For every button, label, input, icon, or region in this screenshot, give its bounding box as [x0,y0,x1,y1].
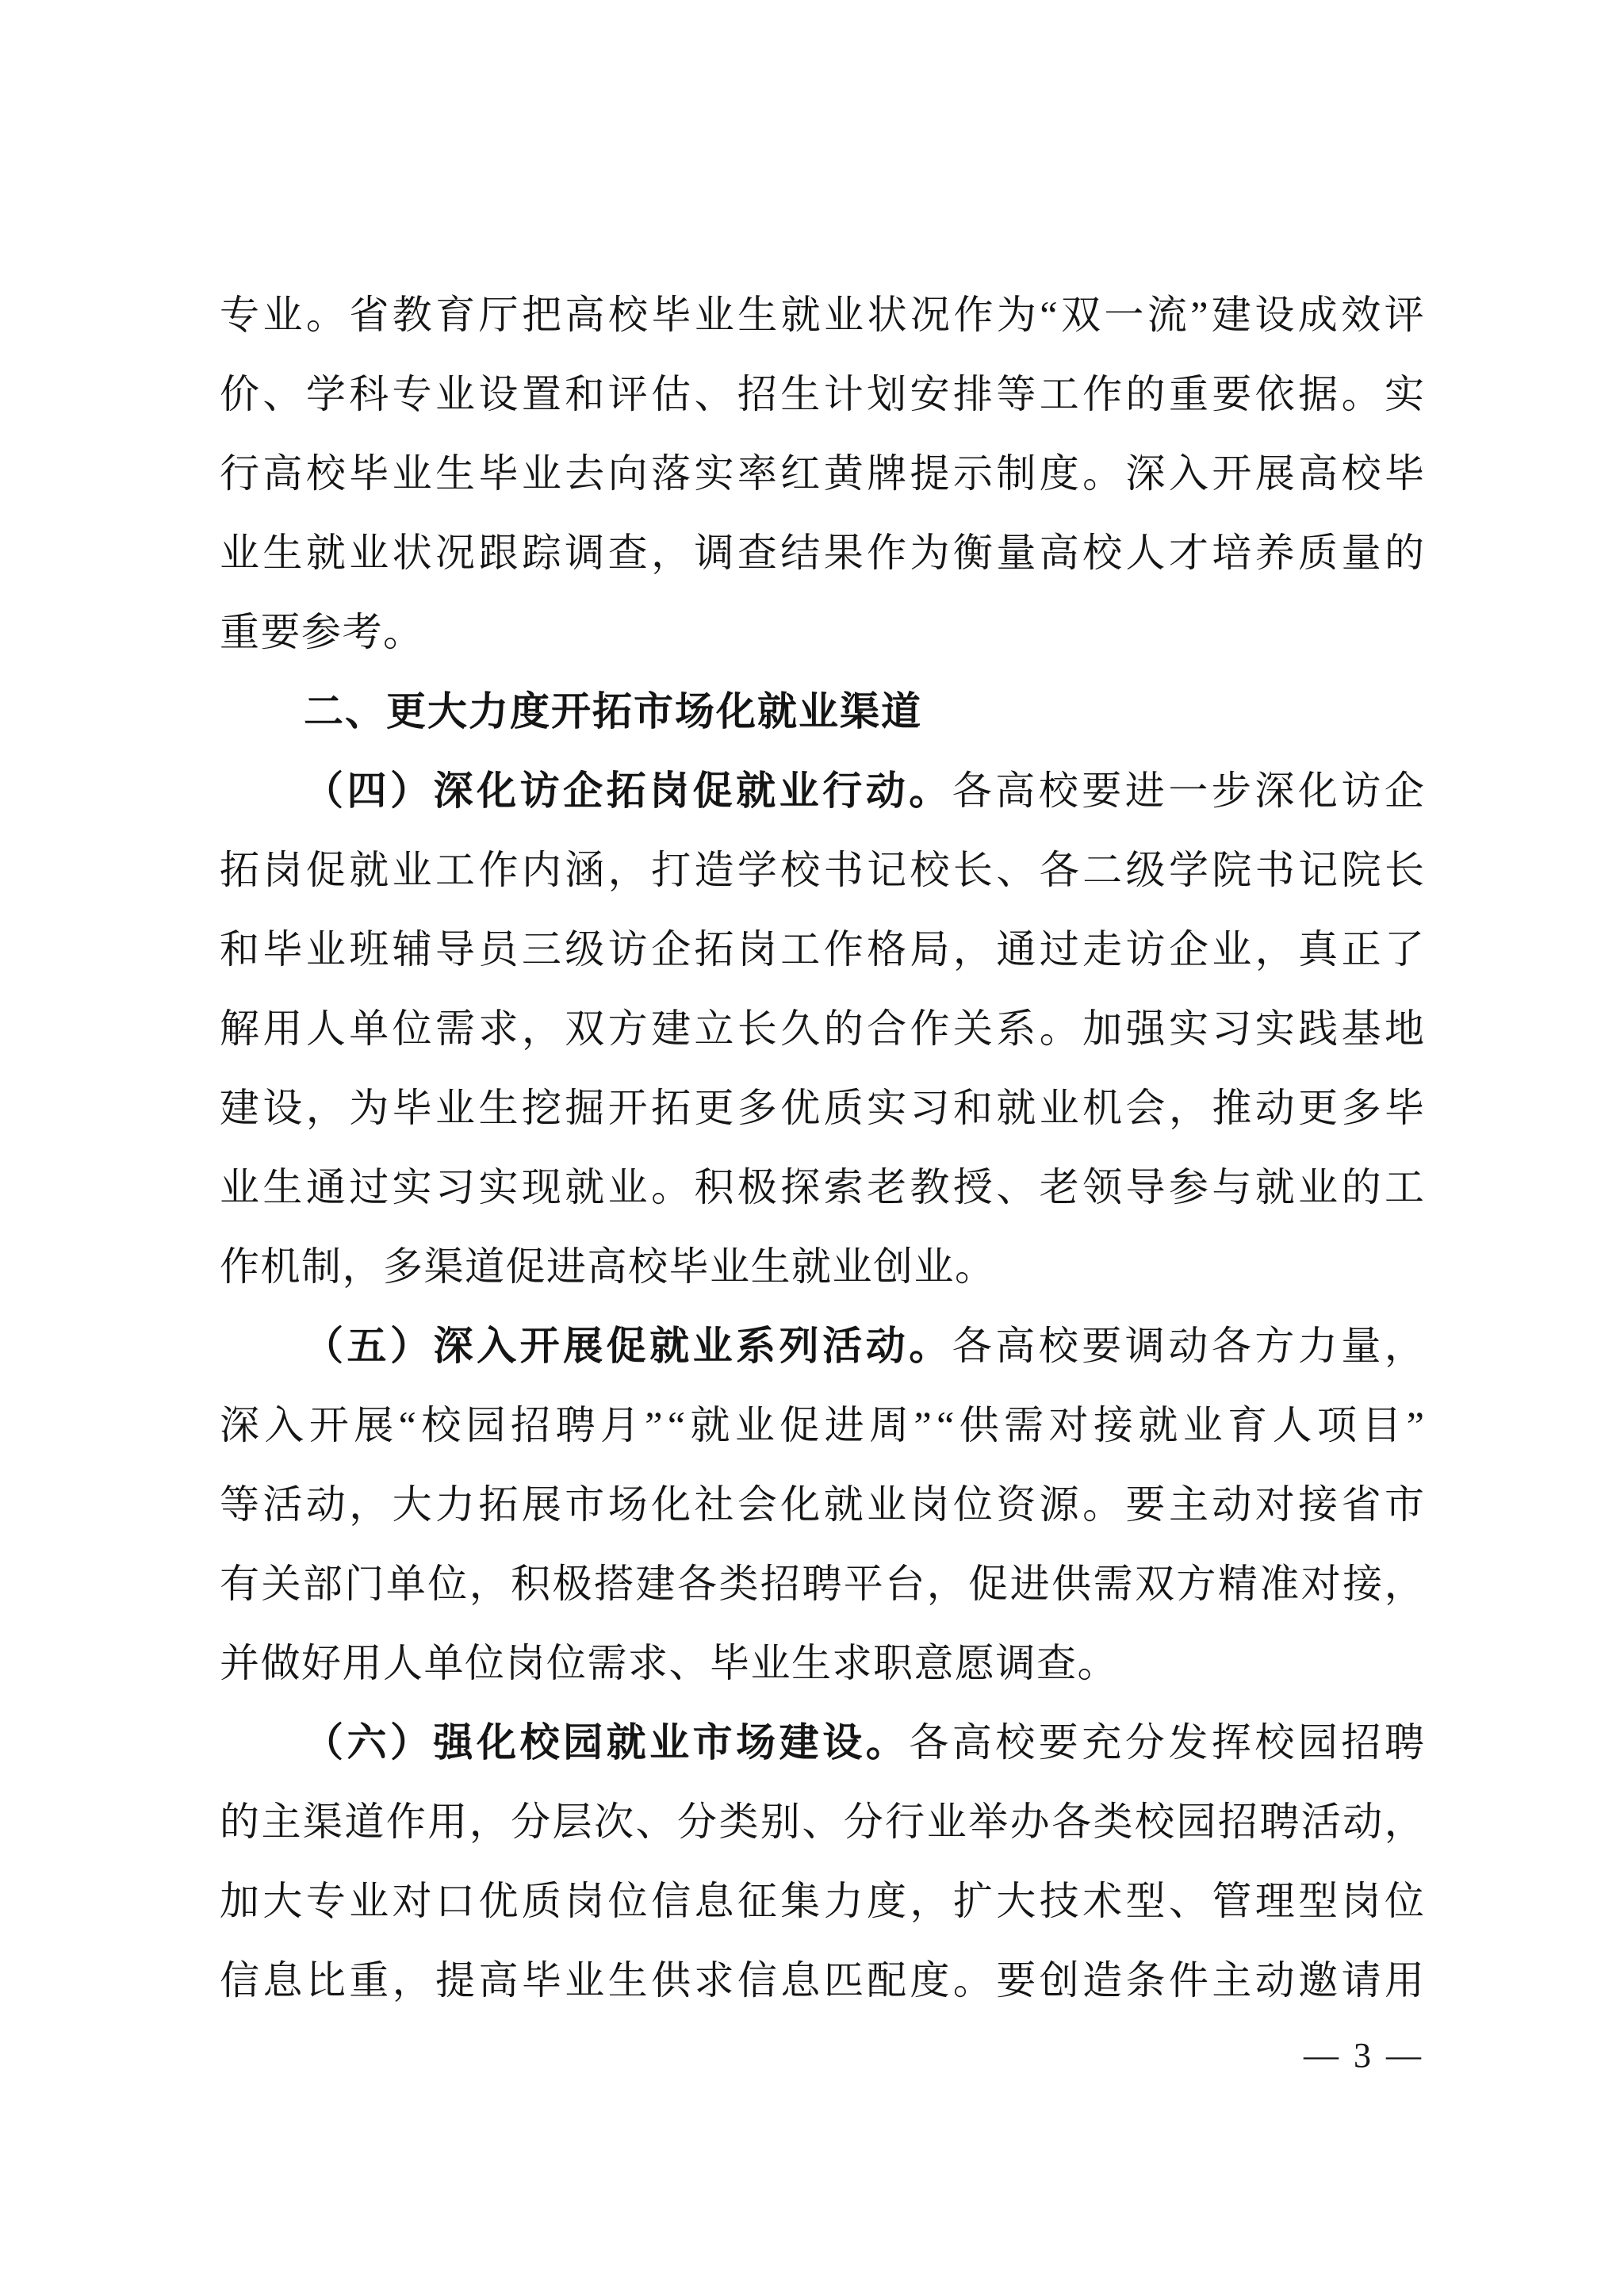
text-char: 生 [262,1148,302,1227]
text-char: 参 [1169,1148,1208,1227]
text-char: 、 [262,355,302,434]
text-char: ， [910,1861,950,1941]
text-char: 匹 [824,1941,864,2020]
text-char: 园 [466,1386,506,1465]
text-char: 对 [1255,1465,1295,1544]
text-char: 。 [651,1148,691,1227]
text-char: 、 [694,355,733,434]
text-char: 估 [651,355,691,434]
text-line: （五）深入开展促就业系列活动。各高校要调动各方力量， [220,1306,1424,1386]
text-char: 高 [995,1306,1035,1386]
text-char: 划 [867,355,906,434]
text-char: 导 [435,910,475,989]
text-char: 进 [1125,751,1165,830]
text-char: 提 [435,1941,475,2020]
text-char: 举 [968,1782,1008,1861]
text-char: 聘 [1385,1703,1424,1782]
text-char: 市 [693,1703,733,1782]
text-char: 部 [303,1544,343,1623]
text-char: 。 [1040,989,1079,1068]
text-char: 评 [1385,275,1424,355]
text-char: 位 [953,1465,993,1544]
text-line: 业生通过实习实现就业。积极探索老教授、老领导参与就业的工 [220,1148,1424,1227]
text-char: 实 [867,1068,906,1148]
text-char: 行 [885,1782,925,1861]
text-char: 六 [347,1703,387,1782]
text-char: 况 [910,275,950,355]
text-char: 就 [781,275,821,355]
text-char: 平 [844,1544,883,1623]
text-char: 查 [737,513,777,592]
text-char: 主 [1169,1465,1208,1544]
text-char: 、 [636,1782,676,1861]
text-char: 展 [563,1306,603,1386]
text-char: 毕 [1385,434,1424,513]
text-char: 作 [910,989,950,1068]
text-char: 优 [780,1068,820,1148]
text-char: 征 [737,1861,777,1941]
text-char: 挥 [1212,1703,1251,1782]
text-char: 需 [435,989,475,1068]
text-char: 招 [760,1544,800,1623]
text-char: 生 [262,513,302,592]
text-char: 实 [393,1148,432,1227]
text-char: 院 [1342,830,1381,910]
text-char: 员 [478,910,518,989]
text-char: 单 [349,989,389,1068]
text-char: 要 [1126,1465,1166,1544]
text-char: 等 [220,1465,259,1544]
text-char: 书 [824,830,864,910]
text-char: 等 [996,355,1036,434]
text-char: 有 [220,1544,259,1623]
text-char: 会 [737,1465,777,1544]
text-char: 业 [735,1386,775,1465]
text-char: ， [1385,1306,1424,1386]
text-char: 级 [565,910,604,989]
text-char: 调 [1125,1306,1165,1386]
text-char: 精 [1218,1544,1258,1623]
text-char: （ [304,1703,343,1782]
text-char: 过 [349,1148,389,1227]
text-line: 等活动，大力拓展市场化社会化就业岗位资源。要主动对接省市 [220,1465,1424,1544]
text-char: 置 [522,355,561,434]
text-char: 步 [1212,751,1251,830]
text-char: 习 [910,1068,950,1148]
text-char: 业 [693,1306,733,1386]
text-char: 校 [910,830,950,910]
text-char: 黄 [824,434,864,513]
text-char: 过 [1040,910,1079,989]
text-char: 校 [1135,1782,1174,1861]
text-char: 息 [694,1861,733,1941]
text-char: 各 [1212,1306,1251,1386]
text-char: 主 [261,1782,301,1861]
text-char: 育 [1228,1386,1267,1465]
text-char: 动 [866,751,906,830]
text-char: 更 [694,1068,733,1148]
text-char: 校 [520,1703,560,1782]
text-char: 各 [1040,830,1079,910]
text-char: 和 [565,355,604,434]
text-char: 业 [1183,1386,1223,1465]
text-char: 拓 [607,751,646,830]
text-char: 访 [520,751,560,830]
text-char: 跟 [478,513,518,592]
text-char: 的 [220,1782,259,1861]
text-char: 积 [511,1544,550,1623]
text-char: 门 [344,1544,384,1623]
text-char: ， [927,1544,967,1623]
text-char: 行 [220,434,259,513]
text-char: 、 [1169,1861,1208,1941]
text-char: 分 [511,1782,550,1861]
text-char: 度 [867,1861,906,1941]
text-char: 拓 [220,830,259,910]
text-char: 。 [1082,434,1122,513]
text-char: 创 [1040,1941,1079,2020]
text-char: 园 [563,1703,603,1782]
text-char: 信 [220,1941,259,2020]
text-char: 行 [822,751,862,830]
text-char: 为 [910,513,950,592]
text-char: 访 [608,910,648,989]
text-char: 息 [262,1941,302,2020]
text-char: 场 [608,1465,648,1544]
text-char: 二 [1082,830,1122,910]
text-char: 、 [996,830,1036,910]
text-char: 列 [779,1306,819,1386]
text-char: 就 [690,1386,730,1465]
text-line: 加大专业对口优质岗位信息征集力度，扩大技术型、管理型岗位 [220,1861,1424,1941]
text-char: 一 [1168,751,1208,830]
text-char: 校 [1039,751,1078,830]
text-char: 排 [953,355,993,434]
text-char: “ [399,1386,416,1465]
text-char: 极 [737,1148,777,1227]
text-char: 就 [736,751,776,830]
text-char: 源 [1040,1465,1079,1544]
text-char: 落 [651,434,691,513]
text-char: 探 [780,1148,820,1227]
text-char: 术 [1082,1861,1122,1941]
text-char: 分 [677,1782,717,1861]
text-char: 书 [1255,830,1295,910]
text-char: 动 [1168,1306,1208,1386]
text-char: 各 [952,1306,992,1386]
text-char: 双 [565,989,604,1068]
text-char: 和 [220,910,259,989]
text-char: 一 [1104,275,1143,355]
text-line: 价、学科专业设置和评估、招生计划安排等工作的重要依据。实 [220,355,1424,434]
text-char: 通 [306,1148,346,1227]
text-char: 类 [1094,1782,1133,1861]
text-char: ， [1385,1544,1424,1623]
text-char: 通 [996,910,1036,989]
text-char: 展 [522,1465,561,1544]
text-char: 动 [1255,1941,1295,2020]
text-char: 生 [780,355,820,434]
text-segment: 并做好用人单位岗位需求、毕业生求职意愿调查。 [220,1641,1118,1685]
text-char: ， [306,1068,346,1148]
text-char: 据 [1298,355,1338,434]
text-char: 评 [608,355,648,434]
text-char: 业 [695,275,734,355]
text-char: 工 [435,830,475,910]
text-char: 极 [553,1544,592,1623]
text-char: 强 [434,1703,473,1782]
text-char: 对 [1301,1544,1341,1623]
text-char: 高 [1040,513,1079,592]
text-char: 进 [1010,1544,1050,1623]
text-char: 信 [651,1861,691,1941]
text-char: 动 [866,1306,906,1386]
text-char: 化 [1298,751,1338,830]
text-char: 深 [434,1306,473,1386]
text-char: 访 [1126,910,1166,989]
text-char: 项 [1317,1386,1357,1465]
text-char: 合 [867,989,906,1068]
text-char: 量 [1341,1306,1381,1386]
text-char: 导 [1126,1148,1166,1227]
page-number: — 3 — [1237,2032,1424,2079]
text-char: 件 [1169,1941,1208,2020]
text-char: 业 [927,1782,967,1861]
text-char: 记 [1298,830,1338,910]
text-char: 园 [1176,1782,1216,1861]
text-char: 多 [737,1068,777,1148]
text-segment: 作机制，多渠道促进高校毕业生就业创业。 [220,1244,996,1289]
text-char: 就 [306,513,346,592]
text-char: 毕 [651,275,691,355]
text-char: 毕 [393,1068,432,1148]
text-char: 方 [1176,1544,1216,1623]
text-char: 力 [824,1861,864,1941]
text-char: 要 [996,1941,1036,2020]
text-char: 促 [607,1306,646,1386]
text-char: 涵 [565,830,604,910]
text-line: 并做好用人单位岗位需求、毕业生求职意愿调查。 [220,1623,1424,1703]
text-char: 状 [393,513,432,592]
text-char: 聘 [1259,1782,1299,1861]
text-char: 市 [565,1465,604,1544]
text-char: 业 [1212,910,1251,989]
text-char: 业 [435,1068,475,1148]
text-char: 就 [1255,1148,1295,1227]
text-line: 的主渠道作用，分层次、分类别、分行业举办各类校园招聘活动， [220,1782,1424,1861]
text-char: 作 [386,1782,426,1861]
text-char: 调 [565,513,604,592]
text-char: 开 [1212,434,1251,513]
text-char: 主 [1212,1941,1251,2020]
text-char: 业 [608,1148,648,1227]
text-char: 层 [553,1782,592,1861]
text-char: 业 [393,434,432,513]
text-char: 重 [349,1941,389,2020]
text-char: 渠 [303,1782,343,1861]
text-char: ， [1255,910,1295,989]
text-char: 集 [780,1861,820,1941]
text-char: 久 [780,989,820,1068]
text-line: 作机制，多渠道促进高校毕业生就业创业。 [220,1227,1424,1306]
text-char: 业 [220,513,259,592]
text-char: 的 [1126,355,1166,434]
text-char: 结 [780,513,820,592]
text-char: 理 [1255,1861,1295,1941]
text-char: 分 [844,1782,883,1861]
text-char: 率 [737,434,777,513]
text-char: 园 [1298,1703,1338,1782]
text-char: 授 [953,1148,993,1227]
text-char: 加 [220,1861,259,1941]
text-char: 人 [1273,1386,1312,1465]
text-char: 业 [435,355,475,434]
text-char: 三 [522,910,561,989]
text-char: 信 [737,1941,777,2020]
text-char: 岗 [1342,1861,1381,1941]
text-char: 索 [824,1148,864,1227]
text-char: 型 [1298,1861,1338,1941]
text-char: 科 [349,355,389,434]
text-char: 专 [393,355,432,434]
text-char: 价 [220,355,259,434]
text-char: 长 [737,989,777,1068]
text-char: 岗 [910,1465,950,1544]
text-char: 入 [264,1386,304,1465]
text-char: 拓 [651,1068,691,1148]
text-char: 业 [565,1941,604,2020]
text-char: 长 [953,830,993,910]
text-char: 校 [1254,1703,1294,1782]
text-char: 业 [349,513,389,592]
text-char: 高 [262,434,302,513]
text-char: 计 [824,355,864,434]
text-char: 双 [1135,1544,1174,1623]
text-char: 化 [651,1465,691,1544]
text-char: 深 [1126,434,1166,513]
text-char: 要 [1039,1703,1078,1782]
text-char: 毕 [1385,1068,1424,1148]
text-char: 积 [694,1148,733,1227]
text-char: 活 [1301,1782,1341,1861]
text-char: 习 [435,1148,475,1227]
text-char: 。 [1342,355,1381,434]
text-char: 的 [824,989,864,1068]
document-body: 专业。省教育厅把高校毕业生就业状况作为“双一流”建设成效评价、学科专业设置和评估… [220,275,1424,2020]
text-char: 高 [478,1941,518,2020]
text-char: 发 [1168,1703,1208,1782]
text-char: 类 [718,1544,758,1623]
text-char: 市 [1385,1465,1424,1544]
text-char: 双 [1061,275,1101,355]
text-line: 信息比重，提高毕业生供求信息匹配度。要创造条件主动邀请用 [220,1941,1424,2020]
text-char: 院 [1212,830,1251,910]
text-char: 要 [1082,751,1121,830]
text-char: 招 [1218,1782,1258,1861]
text-char: 、 [996,1148,1036,1227]
text-char: 掘 [565,1068,604,1148]
text-char: 校 [1082,513,1122,592]
text-char: 动 [1342,1782,1382,1861]
text-char: 校 [780,830,820,910]
text-char: 各 [677,1544,717,1623]
text-char: 就 [1138,1386,1178,1465]
text-char: ， [522,989,561,1068]
text-char: 安 [910,355,950,434]
text-char: 为 [997,275,1036,355]
text-char: 生 [737,275,777,355]
text-char: 准 [1259,1544,1299,1623]
text-char: 招 [737,355,777,434]
text-char: 台 [885,1544,925,1623]
text-char: 会 [1126,1068,1166,1148]
text-char: 生 [608,1941,648,2020]
text-char: 关 [953,989,993,1068]
text-char: 设 [262,1068,302,1148]
text-char: ” [914,1386,932,1465]
text-char: 企 [563,751,603,830]
text-char: 更 [1298,1068,1338,1148]
text-char: ， [953,910,993,989]
text-char: 系 [996,989,1036,1068]
text-char: 校 [1342,434,1381,513]
text-char: 作 [824,910,864,989]
text-line: 和毕业班辅导员三级访企拓岗工作格局，通过走访企业，真正了 [220,910,1424,989]
text-char: 供 [959,1386,999,1465]
text-char: 校 [306,434,346,513]
text-char: 招 [1341,1703,1381,1782]
text-char: 。 [909,751,948,830]
text-char: 业 [262,275,302,355]
text-char: 深 [434,751,473,830]
text-char: 辅 [393,910,432,989]
text-line: 重要参考。 [220,592,1424,672]
text-char: 。 [909,1306,948,1386]
text-char: 展 [354,1386,393,1465]
text-char: 专 [306,1861,346,1941]
text-char: 实 [694,434,733,513]
text-char: 化 [780,1465,820,1544]
text-char: 各 [909,1703,948,1782]
text-char: 五 [347,1306,387,1386]
text-char: 促 [693,751,733,830]
text-char: 拓 [694,910,733,989]
text-char: ， [393,1941,432,2020]
text-char: 开 [520,1306,560,1386]
text-char: 强 [1126,989,1166,1068]
text-char: 为 [349,1068,389,1148]
text-char: 踪 [522,513,561,592]
text-char: 聘 [555,1386,595,1465]
text-char: 领 [1082,1148,1122,1227]
text-char: 老 [1040,1148,1079,1227]
text-char: 量 [1342,513,1381,592]
text-char: 业 [393,830,432,910]
text-char: 现 [522,1148,561,1227]
text-char: 查 [608,513,648,592]
text-char: 示 [953,434,993,513]
text-line: 建设，为毕业生挖掘开拓更多优质实习和就业机会，推动更多毕 [220,1068,1424,1148]
text-char: 红 [780,434,820,513]
text-char: 搭 [594,1544,634,1623]
text-char: 建 [779,1703,819,1782]
text-char: 资 [996,1465,1036,1544]
text-char: 调 [694,513,733,592]
text-char: 业 [867,1465,906,1544]
text-char: 位 [393,989,432,1068]
text-line: （四）深化访企拓岗促就业行动。各高校要进一步深化访企 [220,751,1424,830]
text-char: 校 [608,275,648,355]
